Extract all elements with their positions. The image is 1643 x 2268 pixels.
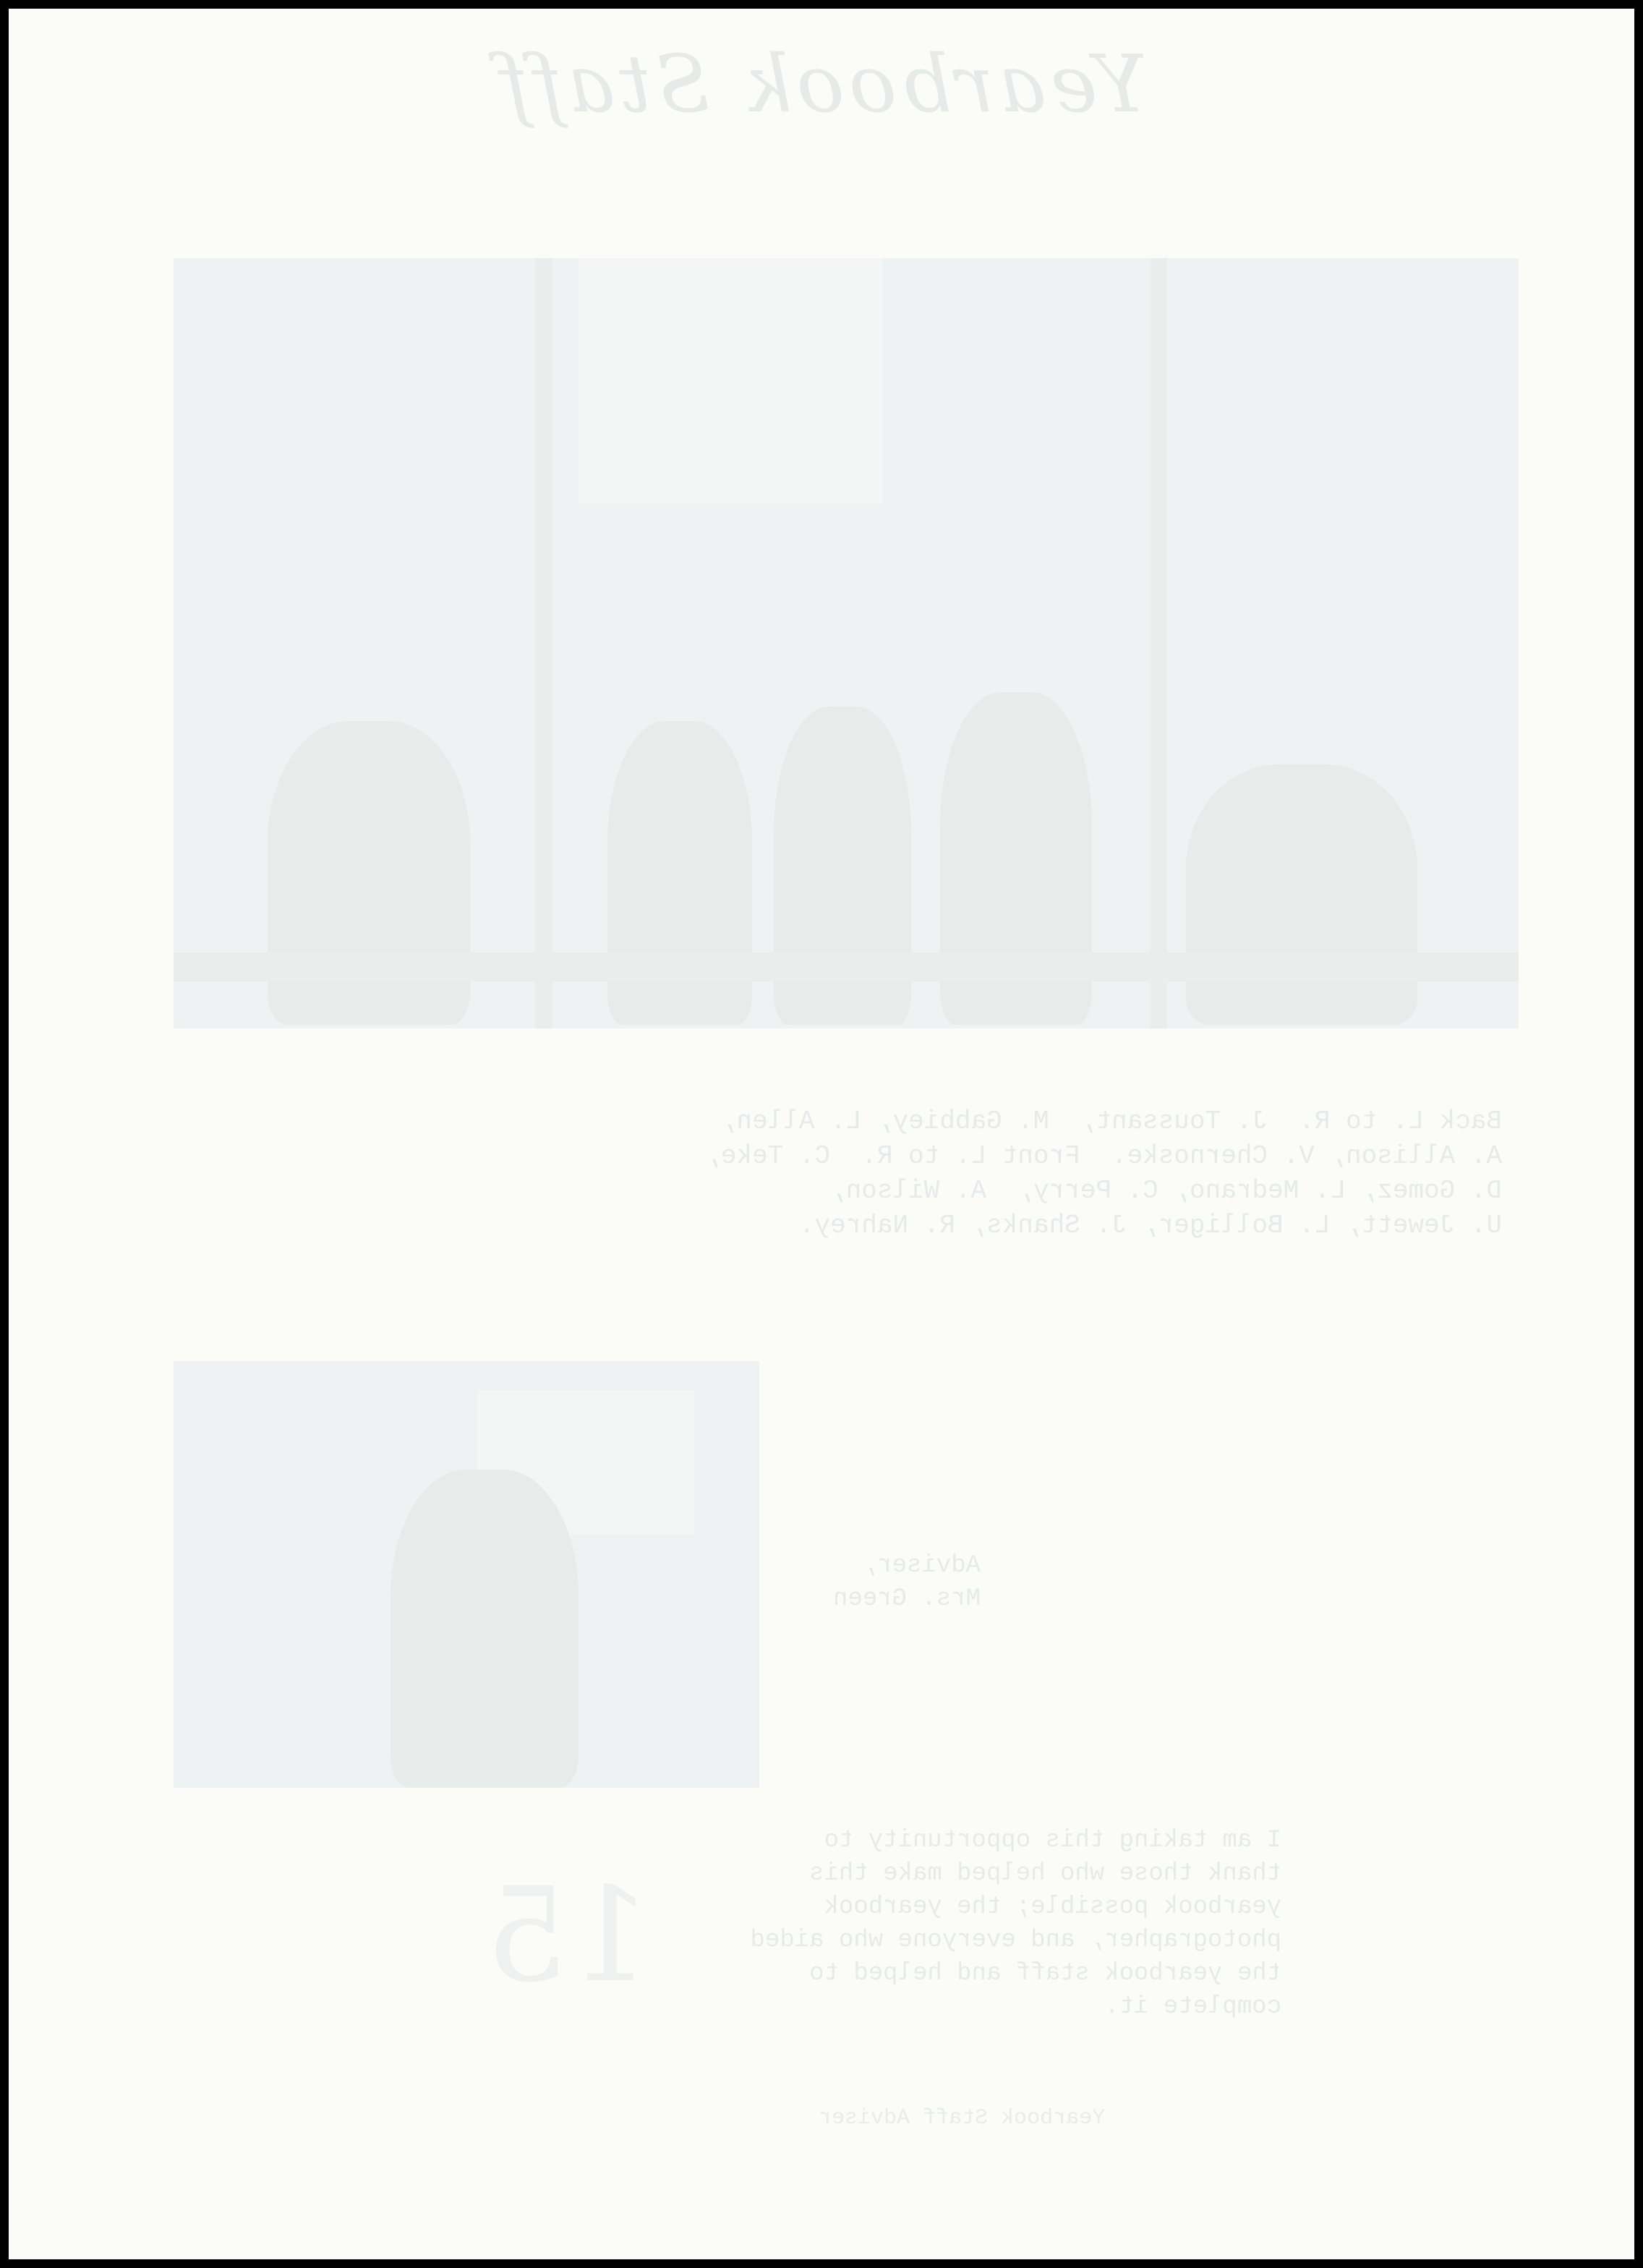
document-page: Yearbook Staff Back L. to R. J. Toussant… <box>9 9 1634 2259</box>
page-title: Yearbook Staff <box>9 38 1634 130</box>
signature-line: Yearbook Staff Adviser <box>819 2106 1105 2131</box>
caption-line: Adviser, <box>863 1552 981 1579</box>
paragraph-line: the yearbook staff and helped to <box>809 1960 1281 1987</box>
caption-line: U. Jewett, L. Bolliger, J. Shanks, R. Na… <box>799 1211 1502 1240</box>
paragraph-line: I am taking this opportunity to <box>824 1827 1281 1854</box>
adviser-photo <box>174 1361 759 1788</box>
staff-group-photo <box>174 258 1519 1028</box>
caption-line: A. Allison, V. Chernoske. Front L. to R.… <box>705 1141 1502 1171</box>
paragraph-line: photographer, and everyone who aided <box>750 1927 1281 1954</box>
paragraph-line: complete it. <box>1104 1993 1281 2021</box>
paragraph-line: yearbook possible; the yearbook <box>824 1893 1281 1921</box>
caption-line: Back L. to R. J. Toussant, M. Gabbiey, L… <box>721 1107 1502 1136</box>
page-number: 15 <box>486 1860 652 2011</box>
adviser-caption: Adviser, Mrs. Green <box>833 1549 981 1616</box>
caption-line: Mrs. Green <box>833 1585 981 1613</box>
caption-line: D. Gomez, L. Medrano, C. Perry, A. Wilso… <box>830 1176 1502 1206</box>
staff-photo-caption: Back L. to R. J. Toussant, M. Gabbiey, L… <box>417 1104 1502 1243</box>
paragraph-line: thank those who helped make this <box>809 1860 1281 1888</box>
thank-you-paragraph: I am taking this opportunity to thank th… <box>775 1824 1281 2024</box>
